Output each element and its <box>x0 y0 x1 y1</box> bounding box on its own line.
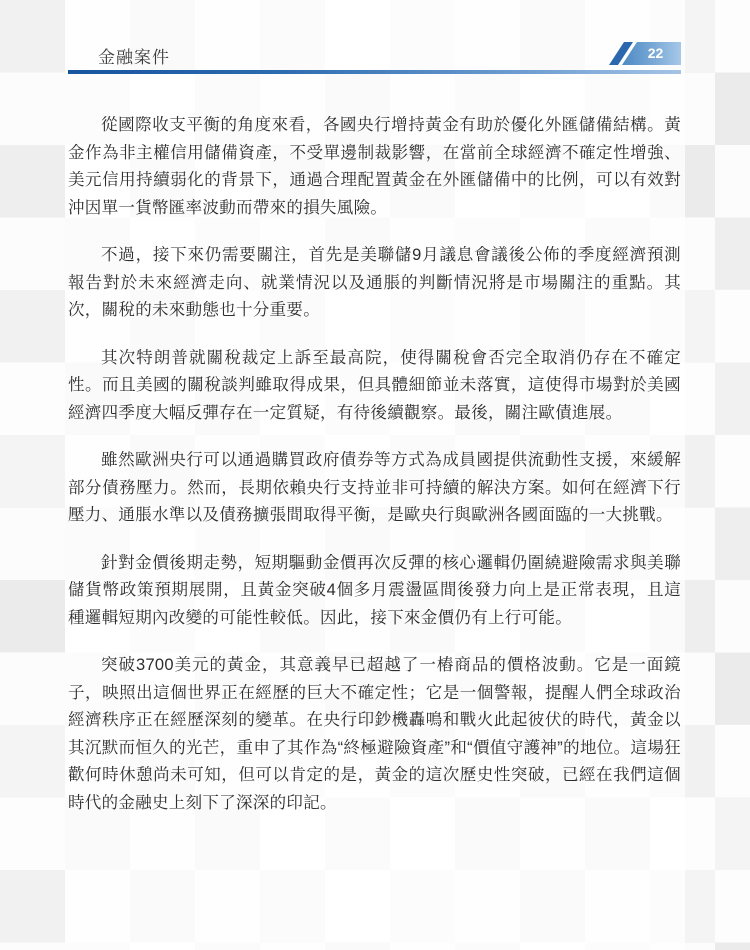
paragraph: 從國際收支平衡的角度來看，各國央行增持黃金有助於優化外匯儲備結構。黃金作為非主權… <box>68 112 681 222</box>
paragraph: 突破3700美元的黃金，其意義早已超越了一樁商品的價格波動。它是一面鏡子，映照出… <box>68 652 681 817</box>
page-number-badge: 22 <box>609 42 681 65</box>
article-body: 從國際收支平衡的角度來看，各國央行增持黃金有助於優化外匯儲備結構。黃金作為非主權… <box>68 112 681 817</box>
paragraph: 其次特朗普就關稅裁定上訴至最高院，使得關稅會否完全取消仍存在不確定性。而且美國的… <box>68 345 681 428</box>
page-header: 金融案件 22 <box>68 0 681 74</box>
document-title: 金融案件 <box>98 43 170 68</box>
paragraph: 雖然歐洲央行可以通過購買政府債券等方式為成員國提供流動性支援，來緩解部分債務壓力… <box>68 447 681 530</box>
paragraph: 針對金價後期走勢，短期驅動金價再次反彈的核心邏輯仍圍繞避險需求與美聯儲貨幣政策預… <box>68 550 681 633</box>
header-divider-rule <box>68 70 681 74</box>
page-background: 金融案件 22 從國際收支平衡的角度來看，各國央行增持黃金有助於優化外匯儲備結構… <box>0 0 750 950</box>
page-number: 22 <box>622 42 681 65</box>
paragraph: 不過，接下來仍需要關注，首先是美聯儲9月議息會議後公佈的季度經濟預測報告對於未來… <box>68 242 681 325</box>
document-content: 金融案件 22 從國際收支平衡的角度來看，各國央行增持黃金有助於優化外匯儲備結構… <box>68 0 681 837</box>
